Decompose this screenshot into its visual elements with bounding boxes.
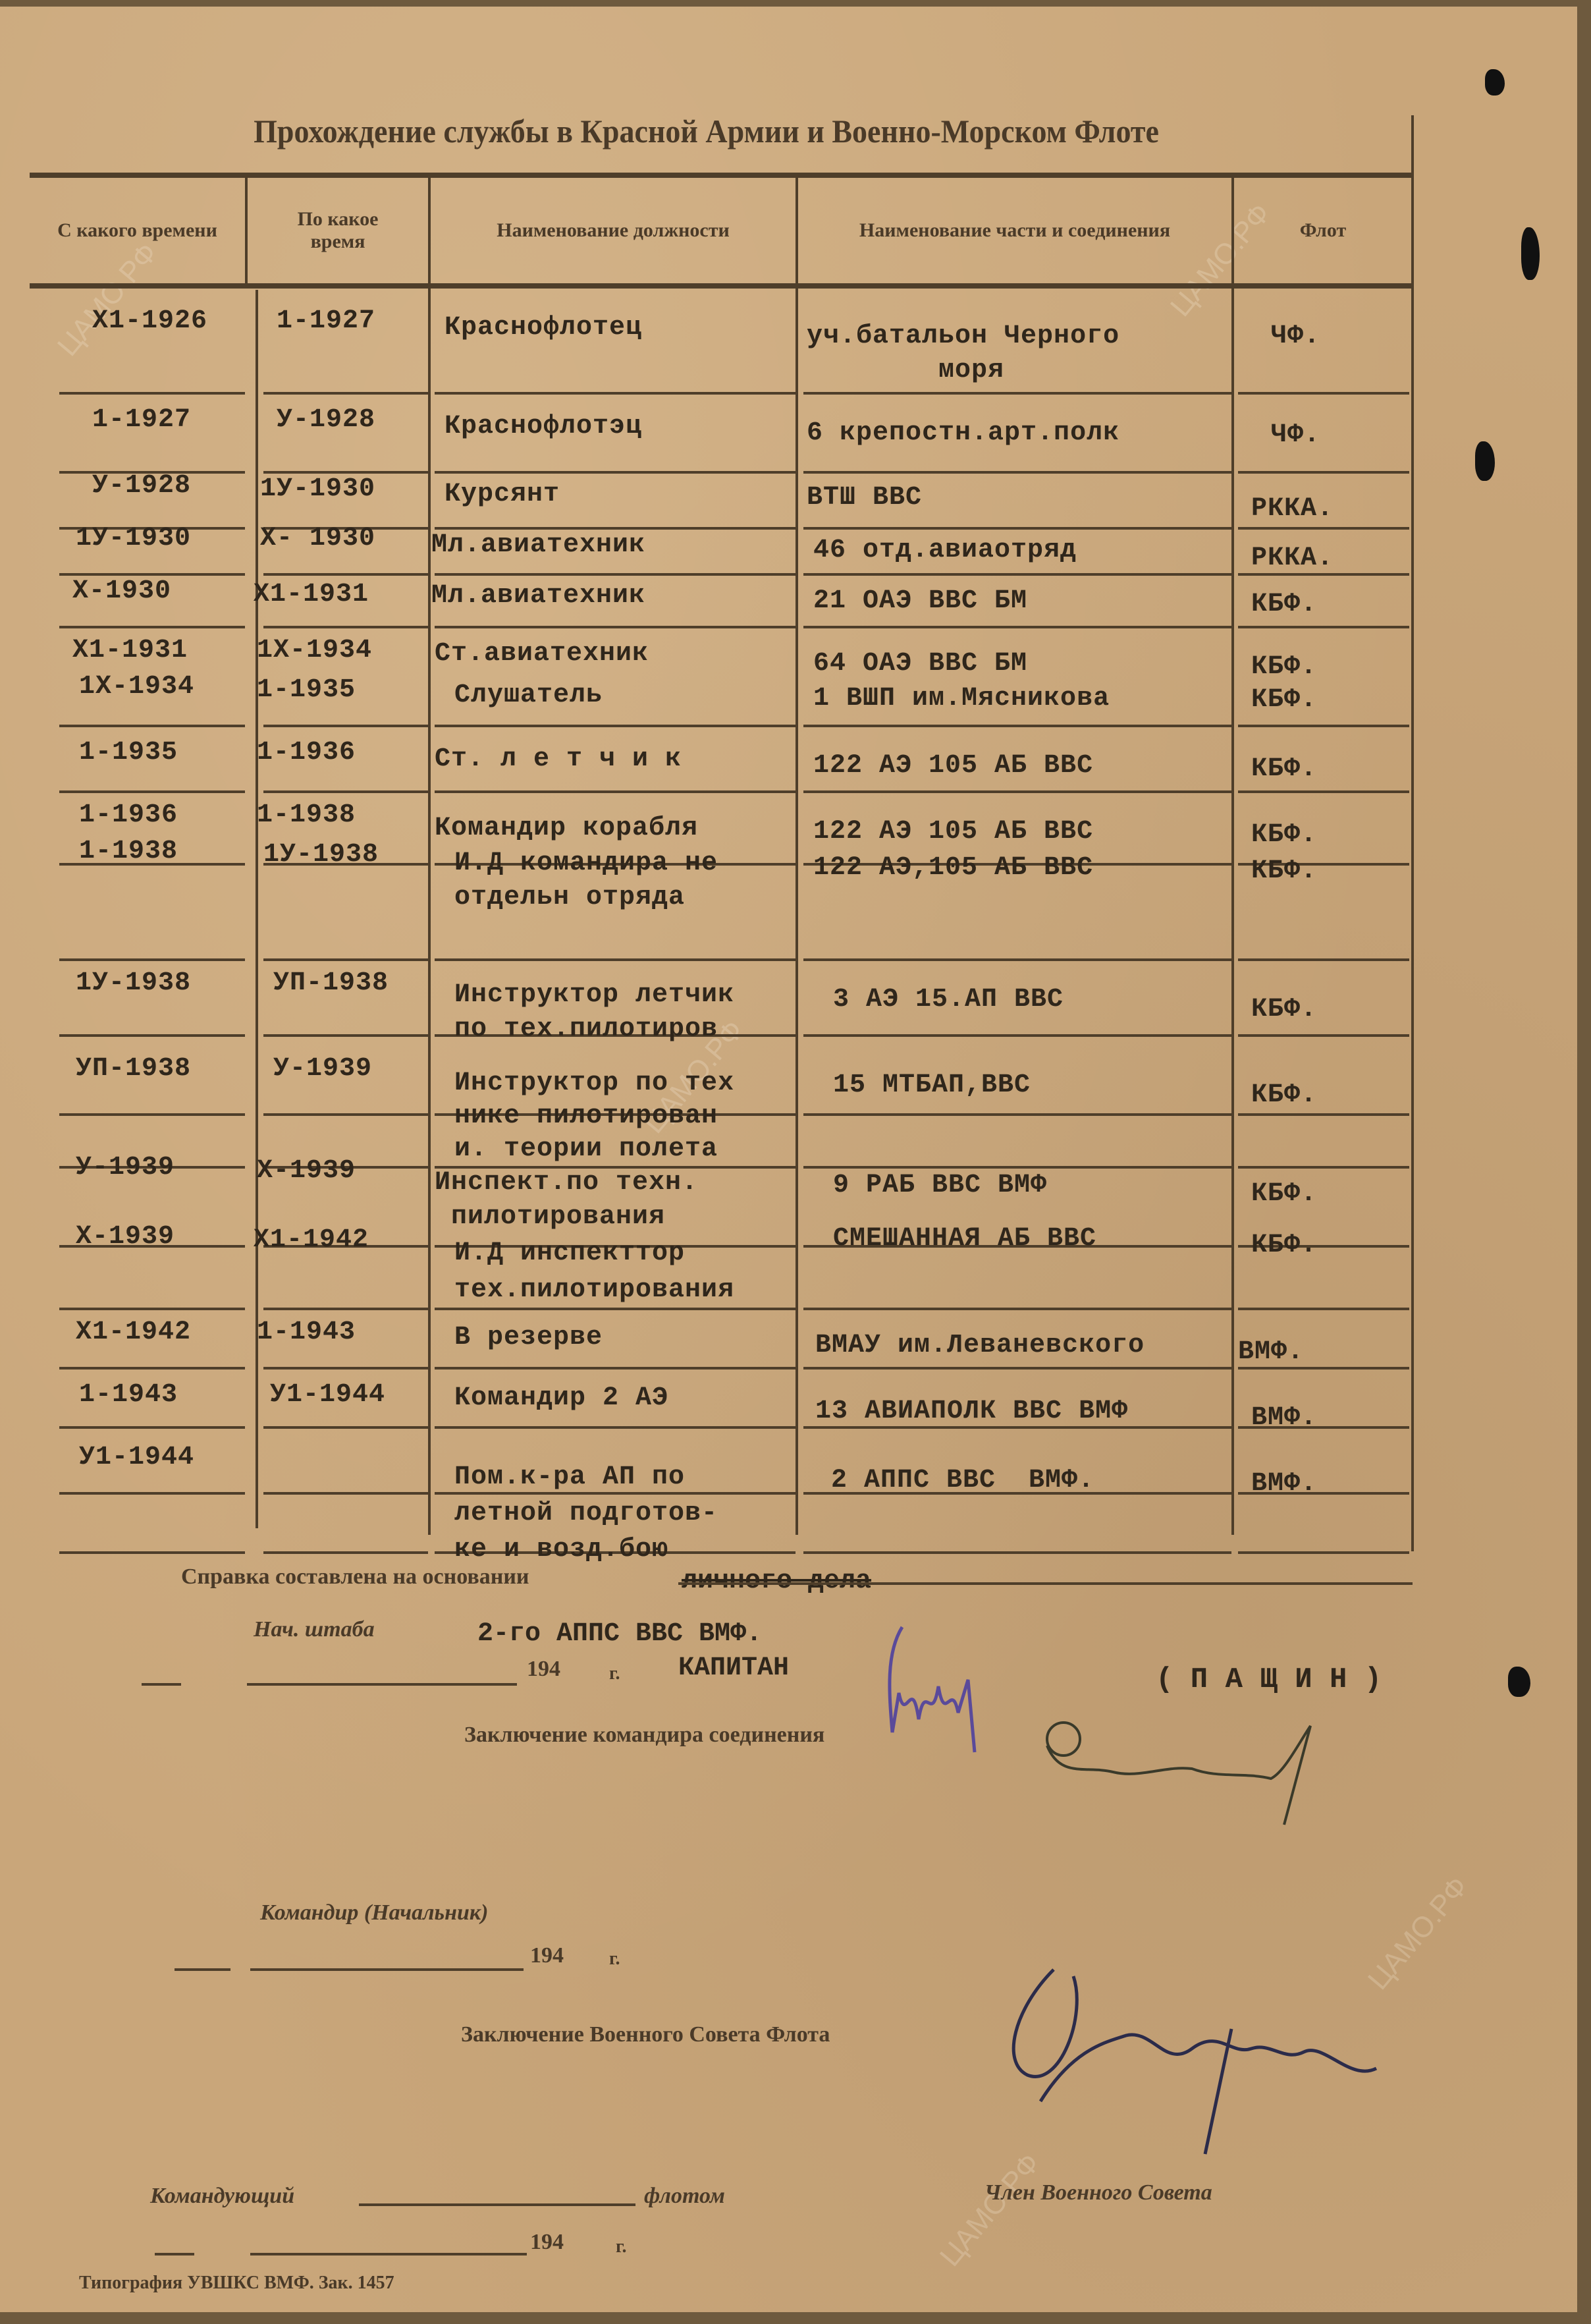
row-fleet: ЧФ.	[1271, 420, 1320, 450]
row-from: УП-1938	[76, 1054, 191, 1084]
row-rule	[1238, 790, 1409, 793]
row-rule	[803, 1166, 1231, 1169]
row-unit: ВМАУ им.Леваневского	[815, 1331, 1145, 1360]
row-unit: уч.батальон Черного моря	[807, 319, 1119, 388]
row-to: 1Х-1934	[257, 636, 372, 665]
row-fleet: РККА.	[1251, 543, 1334, 573]
row-to: У-1928	[277, 405, 375, 435]
row-from: 1-1927	[92, 405, 191, 435]
row-rule	[803, 1113, 1231, 1116]
row-rule	[435, 1426, 795, 1429]
row-rule	[1238, 573, 1409, 576]
table-right-border	[1411, 115, 1414, 1551]
row-rule	[263, 1367, 428, 1369]
signature-council-icon	[955, 1937, 1429, 2187]
row-rule	[263, 1034, 428, 1037]
row-rule	[803, 1551, 1231, 1554]
row-to: 1-1927	[277, 306, 375, 336]
row-fleet: КБФ.	[1251, 1231, 1317, 1260]
row-rule	[59, 1551, 245, 1554]
date-month-line	[250, 2253, 527, 2255]
row-rule	[803, 573, 1231, 576]
row-unit: 122 АЭ 105 АБ ВВС	[813, 751, 1093, 781]
basis-value: личного дела	[682, 1566, 871, 1596]
row-fleet: ВМФ.	[1238, 1337, 1304, 1367]
row-rule	[1238, 471, 1409, 474]
row-from: Х-1939	[76, 1222, 175, 1252]
final-date-year: 194	[530, 2230, 564, 2255]
row-fleet: КБФ.	[1251, 754, 1317, 784]
row-rule	[803, 1426, 1231, 1429]
row-fleet: КБФ.	[1251, 820, 1317, 850]
row-position: Ст. л е т ч и к	[435, 744, 682, 774]
row-to: УП-1938	[273, 968, 389, 998]
row-unit: 2 АППС ВВС ВМФ.	[831, 1466, 1094, 1495]
row-unit: 3 АЭ 15.АП ВВС	[833, 985, 1064, 1014]
row-rule	[435, 527, 795, 530]
punch-hole	[1485, 69, 1505, 96]
row-position: И.Д инспекттор тех.пилотирования	[454, 1235, 734, 1309]
row-rule	[59, 1034, 245, 1037]
date-month-line	[250, 1968, 524, 1971]
row-position: Пом.к-ра АП по летной подготов- ке и воз…	[454, 1459, 718, 1568]
row-to: Х-1939	[257, 1156, 356, 1186]
row-rule	[263, 471, 428, 474]
row-position: Мл.авиатехник	[431, 530, 645, 560]
row-fleet: ВМФ.	[1251, 1403, 1317, 1433]
punch-hole	[1521, 227, 1540, 280]
row-position: В резерве	[454, 1323, 603, 1352]
row-position: Краснофлотец	[445, 313, 642, 343]
row-rule	[803, 392, 1231, 395]
row-rule	[263, 392, 428, 395]
date-suffix: г.	[609, 1663, 620, 1684]
row-rule	[1238, 626, 1409, 628]
row-fleet: ЧФ.	[1271, 321, 1320, 351]
column-header-from: С какого времени	[30, 175, 245, 287]
row-rule	[435, 471, 795, 474]
row-rule	[59, 1367, 245, 1369]
commander-conclusion-title: Заключение командира соединения	[464, 1723, 824, 1748]
row-rule	[1238, 527, 1409, 530]
row-position: Ст.авиатехник	[435, 639, 649, 669]
row-position: Слушатель	[454, 680, 603, 710]
chief-rank: КАПИТАН	[678, 1653, 789, 1683]
row-from: 1-1943	[79, 1380, 178, 1410]
row-rule	[59, 1113, 245, 1116]
row-fleet: КБФ.	[1251, 685, 1317, 715]
row-rule	[1238, 958, 1409, 961]
row-from: 1-1938	[79, 837, 178, 866]
row-rule	[59, 1308, 245, 1310]
punch-hole	[1475, 441, 1495, 481]
row-rule	[263, 1113, 428, 1116]
date-month-line	[247, 1683, 517, 1686]
row-rule	[59, 790, 245, 793]
basis-underline	[678, 1582, 1413, 1585]
row-from: Х-1930	[72, 576, 171, 606]
row-position: Краснофлотэц	[445, 412, 642, 441]
row-rule	[263, 1426, 428, 1429]
chief-unit: 2-го АППС ВВС ВМФ.	[477, 1619, 762, 1649]
row-fleet: КБФ.	[1251, 590, 1317, 619]
row-rule	[1238, 1308, 1409, 1310]
row-position: Инструктор летчик по тех.пилотиров	[454, 978, 734, 1047]
row-rule	[263, 573, 428, 576]
row-unit: ВТШ ВВС	[807, 483, 922, 512]
commander-date-suffix: г.	[609, 1949, 620, 1970]
row-to: 1-1938	[257, 800, 356, 830]
commander-date-year: 194	[530, 1943, 564, 1968]
row-rule	[803, 958, 1231, 961]
row-rule	[263, 1492, 428, 1495]
chief-name: ( П А Щ И Н )	[1156, 1663, 1382, 1696]
row-from: 1Х-1934	[79, 672, 194, 702]
column-header-fleet: Флот	[1234, 175, 1412, 287]
fleet-commander-line	[359, 2203, 635, 2206]
row-to: 1У-1938	[263, 840, 379, 870]
row-rule	[59, 958, 245, 961]
row-rule	[59, 1492, 245, 1495]
row-to: Х1-1931	[254, 580, 369, 609]
row-rule	[435, 626, 795, 628]
row-rule	[435, 573, 795, 576]
row-to: Х1-1942	[254, 1225, 369, 1255]
basis-label: Справка составлена на основании	[181, 1564, 529, 1590]
col-divider	[428, 178, 431, 1535]
row-rule	[435, 790, 795, 793]
row-position: И.Д командира не отдельн отряда	[454, 846, 718, 915]
row-unit: 46 отд.авиаотряд	[813, 536, 1077, 565]
row-to: У1-1944	[270, 1380, 385, 1410]
row-rule	[803, 527, 1231, 530]
col-divider	[795, 178, 798, 1535]
row-rule	[59, 1426, 245, 1429]
punch-hole	[1508, 1667, 1530, 1697]
row-unit: 122 АЭ,105 АБ ВВС	[813, 853, 1093, 883]
row-rule	[263, 1308, 428, 1310]
row-rule	[59, 725, 245, 727]
fleet-commander-suffix: флотом	[644, 2184, 725, 2209]
row-rule	[263, 790, 428, 793]
council-conclusion-title: Заключение Военного Совета Флота	[461, 2022, 830, 2047]
row-position: Инструктор по тех нике пилотирован и. те…	[454, 1067, 734, 1166]
col-divider	[1231, 178, 1234, 1535]
row-to: 1-1943	[257, 1317, 356, 1347]
row-rule	[803, 1034, 1231, 1037]
row-to: 1У-1930	[260, 474, 375, 504]
row-rule	[803, 1367, 1231, 1369]
column-header-position: Наименование должности	[431, 175, 795, 287]
row-to: 1-1936	[257, 738, 356, 767]
row-rule	[263, 725, 428, 727]
row-position: Мл.авиатехник	[431, 581, 645, 611]
row-from: 1У-1938	[76, 968, 191, 998]
row-unit: 15 МТБАП,ВВС	[833, 1070, 1031, 1100]
column-header-to: По какое время	[248, 175, 428, 287]
row-from: 1У-1930	[76, 524, 191, 553]
date-day-line	[155, 2253, 194, 2255]
row-to: У-1939	[273, 1054, 372, 1084]
row-unit: 6 крепостн.арт.полк	[807, 418, 1119, 448]
row-unit: 13 АВИАПОЛК ВВС ВМФ	[815, 1397, 1128, 1426]
row-fleet: РККА.	[1251, 494, 1334, 524]
row-fleet: КБФ.	[1251, 856, 1317, 886]
commander-label: Командир (Начальник)	[260, 1900, 488, 1925]
row-to: 1-1935	[257, 675, 356, 705]
row-from: Х1-1942	[76, 1317, 191, 1347]
date-day-line	[142, 1683, 181, 1686]
row-fleet: ВМФ.	[1251, 1469, 1317, 1499]
row-rule	[803, 626, 1231, 628]
row-rule	[1238, 1166, 1409, 1169]
document-page: ЦАМО.РФ ЦАМО.РФ ЦАМО.РФ ЦАМО.РФ ЦАМО.РФ …	[0, 7, 1577, 2312]
printer-mark: Типография УВШКС ВМФ. Зак. 1457	[79, 2273, 394, 2294]
row-fleet: КБФ.	[1251, 1080, 1317, 1110]
row-from: 1-1936	[79, 800, 178, 830]
row-position: Инспект.по техн. пилотирования	[435, 1166, 698, 1234]
row-unit: 9 РАБ ВВС ВМФ	[833, 1171, 1047, 1200]
page-title: Прохождение службы в Красной Армии и Вое…	[57, 112, 1356, 150]
date-day-line	[175, 1968, 230, 1971]
final-date-suffix: г.	[616, 2236, 627, 2257]
row-rule	[435, 1367, 795, 1369]
row-rule	[803, 725, 1231, 727]
row-rule	[59, 392, 245, 395]
row-unit: 64 ОАЭ ВВС БМ	[813, 649, 1027, 678]
row-to: Х- 1930	[260, 524, 375, 553]
row-rule	[435, 958, 795, 961]
row-rule	[263, 1551, 428, 1554]
row-rule	[1238, 392, 1409, 395]
row-rule	[59, 626, 245, 628]
row-rule	[803, 471, 1231, 474]
row-position: Курсянт	[445, 480, 560, 509]
column-header-unit: Наименование части и соединения	[798, 175, 1231, 287]
chief-of-staff-label: Нач. штаба	[254, 1617, 375, 1642]
row-from: Х1-1931	[72, 636, 188, 665]
row-rule	[1238, 1113, 1409, 1116]
date-year: 194	[527, 1657, 560, 1682]
row-rule	[803, 1308, 1231, 1310]
row-rule	[263, 958, 428, 961]
row-unit: СМЕШАННАЯ АБ ВВС	[833, 1224, 1096, 1254]
row-rule	[435, 725, 795, 727]
row-rule	[59, 573, 245, 576]
row-position: Командир корабля	[435, 814, 698, 843]
row-rule	[435, 392, 795, 395]
row-rule	[1238, 1551, 1409, 1554]
fleet-commander-label: Командующий	[150, 2184, 294, 2209]
row-rule	[1238, 1034, 1409, 1037]
row-unit: 122 АЭ 105 АБ ВВС	[813, 817, 1093, 846]
row-rule	[1238, 1367, 1409, 1369]
row-from: Х1-1926	[92, 306, 207, 336]
row-unit: 21 ОАЭ ВВС БМ	[813, 586, 1027, 616]
row-from: У-1939	[76, 1153, 175, 1182]
row-from: У-1928	[92, 471, 191, 501]
row-fleet: КБФ.	[1251, 652, 1317, 682]
row-from: 1-1935	[79, 738, 178, 767]
row-unit: 1 ВШП им.Мясникова	[813, 684, 1110, 713]
row-rule	[803, 790, 1231, 793]
row-position: Командир 2 АЭ	[454, 1383, 668, 1413]
signature-commander-icon	[1034, 1706, 1442, 1838]
row-from: У1-1944	[79, 1443, 194, 1472]
row-fleet: КБФ.	[1251, 995, 1317, 1024]
row-fleet: КБФ.	[1251, 1179, 1317, 1209]
row-rule	[1238, 725, 1409, 727]
row-rule	[263, 626, 428, 628]
